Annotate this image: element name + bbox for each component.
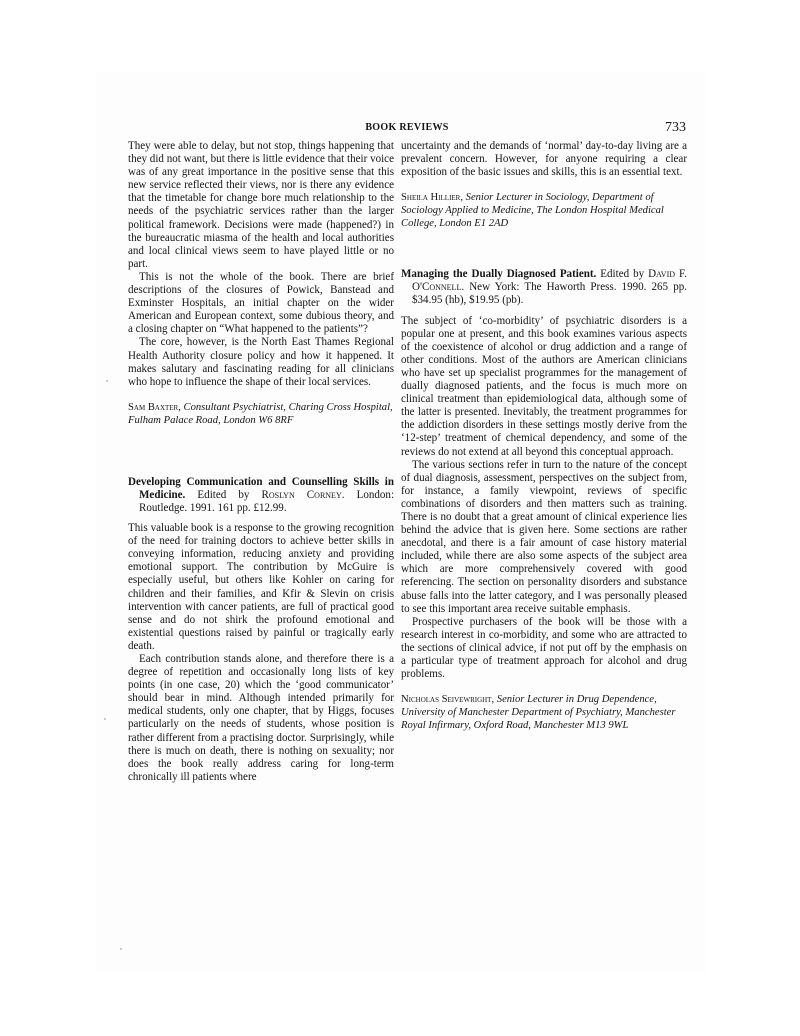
reviewer-signature: Sam Baxter, Consultant Psychiatrist, Cha… <box>128 401 394 427</box>
scan-speck <box>106 380 108 382</box>
paragraph: This valuable book is a response to the … <box>128 522 394 653</box>
paragraph: They were able to delay, but not stop, t… <box>128 140 394 271</box>
book-citation: Managing the Dually Diagnosed Patient. E… <box>401 268 687 307</box>
page-number: 733 <box>665 120 686 136</box>
edited-by: Edited by <box>197 489 249 501</box>
paragraph: The subject of ‘co-morbidity’ of psychia… <box>401 315 687 459</box>
paragraph: The core, however, is the North East Tha… <box>128 336 394 388</box>
book-title: Managing the Dually Diagnosed Patient. <box>401 268 596 280</box>
reviewer-signature: Sheila Hillier, Senior Lecturer in Socio… <box>401 191 687 230</box>
paragraph: This is not the whole of the book. There… <box>128 271 394 336</box>
reviewer-name: Nicholas Seivewright <box>401 694 491 705</box>
paragraph: Each contribution stands alone, and ther… <box>128 653 394 784</box>
left-column: They were able to delay, but not stop, t… <box>128 140 394 784</box>
edited-by: Edited by <box>600 268 644 280</box>
paragraph: Prospective purchasers of the book will … <box>401 616 687 681</box>
page-header: BOOK REVIEWS 733 <box>128 120 686 136</box>
right-column: uncertainty and the demands of ‘normal’ … <box>401 140 687 732</box>
paragraph: The various sections refer in turn to th… <box>401 459 687 616</box>
book-citation: Developing Communication and Counselling… <box>128 476 394 515</box>
running-head: BOOK REVIEWS <box>128 122 686 133</box>
scan-speck <box>104 718 106 720</box>
scan-speck <box>120 948 122 950</box>
reviewer-name: Sam Baxter <box>128 402 178 413</box>
editor-name: Roslyn Corney <box>261 489 341 501</box>
paragraph: uncertainty and the demands of ‘normal’ … <box>401 140 687 179</box>
reviewer-name: Sheila Hillier <box>401 192 460 203</box>
reviewer-signature: Nicholas Seivewright, Senior Lecturer in… <box>401 693 687 732</box>
